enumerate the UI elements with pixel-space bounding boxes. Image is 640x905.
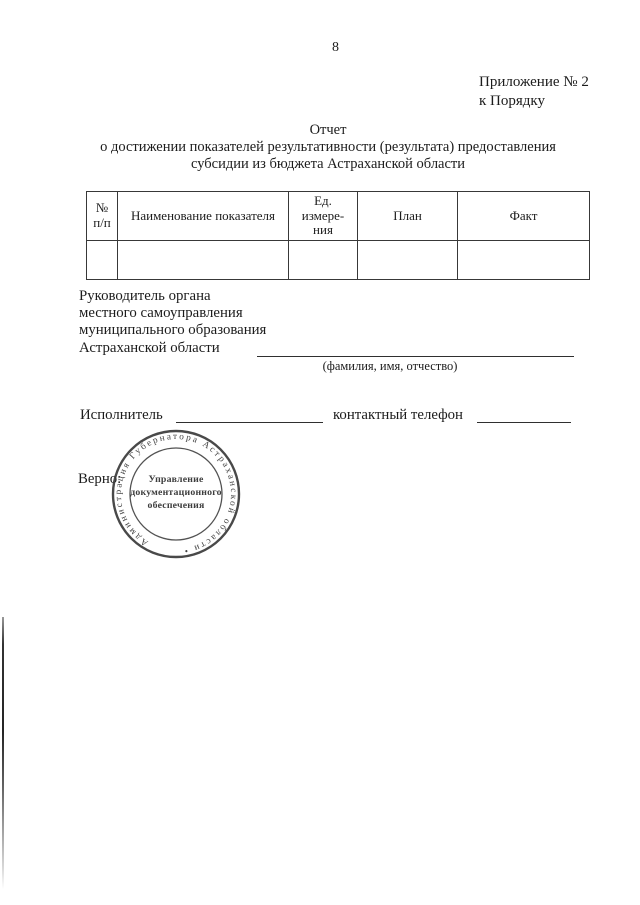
signatory-line-2: местного самоуправления	[79, 305, 266, 322]
signatory-block: Руководитель органа местного самоуправле…	[79, 288, 266, 357]
page-number: 8	[332, 40, 339, 56]
contact-phone-label: контактный телефон	[333, 407, 463, 424]
stamp-center-line-3: обеспечения	[148, 500, 205, 511]
executor-label: Исполнитель	[80, 407, 163, 424]
report-title-line-2: о достижении показателей результативност…	[8, 139, 640, 156]
stamp-center-line-1: Управление	[148, 474, 203, 485]
signature-line	[257, 342, 574, 357]
phone-fill-line	[477, 408, 571, 423]
cell-indicator-name	[118, 240, 289, 279]
executor-fill-line	[176, 408, 323, 423]
report-title: Отчет о достижении показателей результат…	[8, 122, 640, 174]
col-header-indicator-name: Наименование показателя	[118, 192, 289, 241]
scan-edge-artifact	[2, 617, 4, 889]
annex-line-2: к Порядку	[479, 92, 589, 111]
cell-unit	[289, 240, 358, 279]
table-header-row: № п/п Наименование показателя Ед. измере…	[87, 192, 590, 241]
cell-fact	[458, 240, 590, 279]
cell-number	[87, 240, 118, 279]
annex-line-1: Приложение № 2	[479, 73, 589, 92]
col-header-plan: План	[358, 192, 458, 241]
report-title-line-3: субсидии из бюджета Астраханской области	[8, 156, 640, 173]
signatory-line-4: Астраханской области	[79, 340, 266, 357]
col-header-number: № п/п	[87, 192, 118, 241]
col-header-fact: Факт	[458, 192, 590, 241]
cell-plan	[358, 240, 458, 279]
indicators-table: № п/п Наименование показателя Ед. измере…	[86, 191, 590, 280]
annex-reference: Приложение № 2 к Порядку	[479, 73, 589, 110]
report-title-line-1: Отчет	[8, 122, 640, 139]
stamp-center-line-2: документационного	[130, 487, 222, 498]
signatory-line-1: Руководитель органа	[79, 288, 266, 305]
scanned-document-page: 8 Приложение № 2 к Порядку Отчет о дости…	[0, 0, 640, 905]
signatory-line-3: муниципального образования	[79, 322, 266, 339]
col-header-unit: Ед. измере- ния	[289, 192, 358, 241]
signature-caption: (фамилия, имя, отчество)	[250, 359, 530, 374]
table-row	[87, 240, 590, 279]
official-stamp: Администрация Губернатора Астраханской о…	[106, 424, 246, 566]
